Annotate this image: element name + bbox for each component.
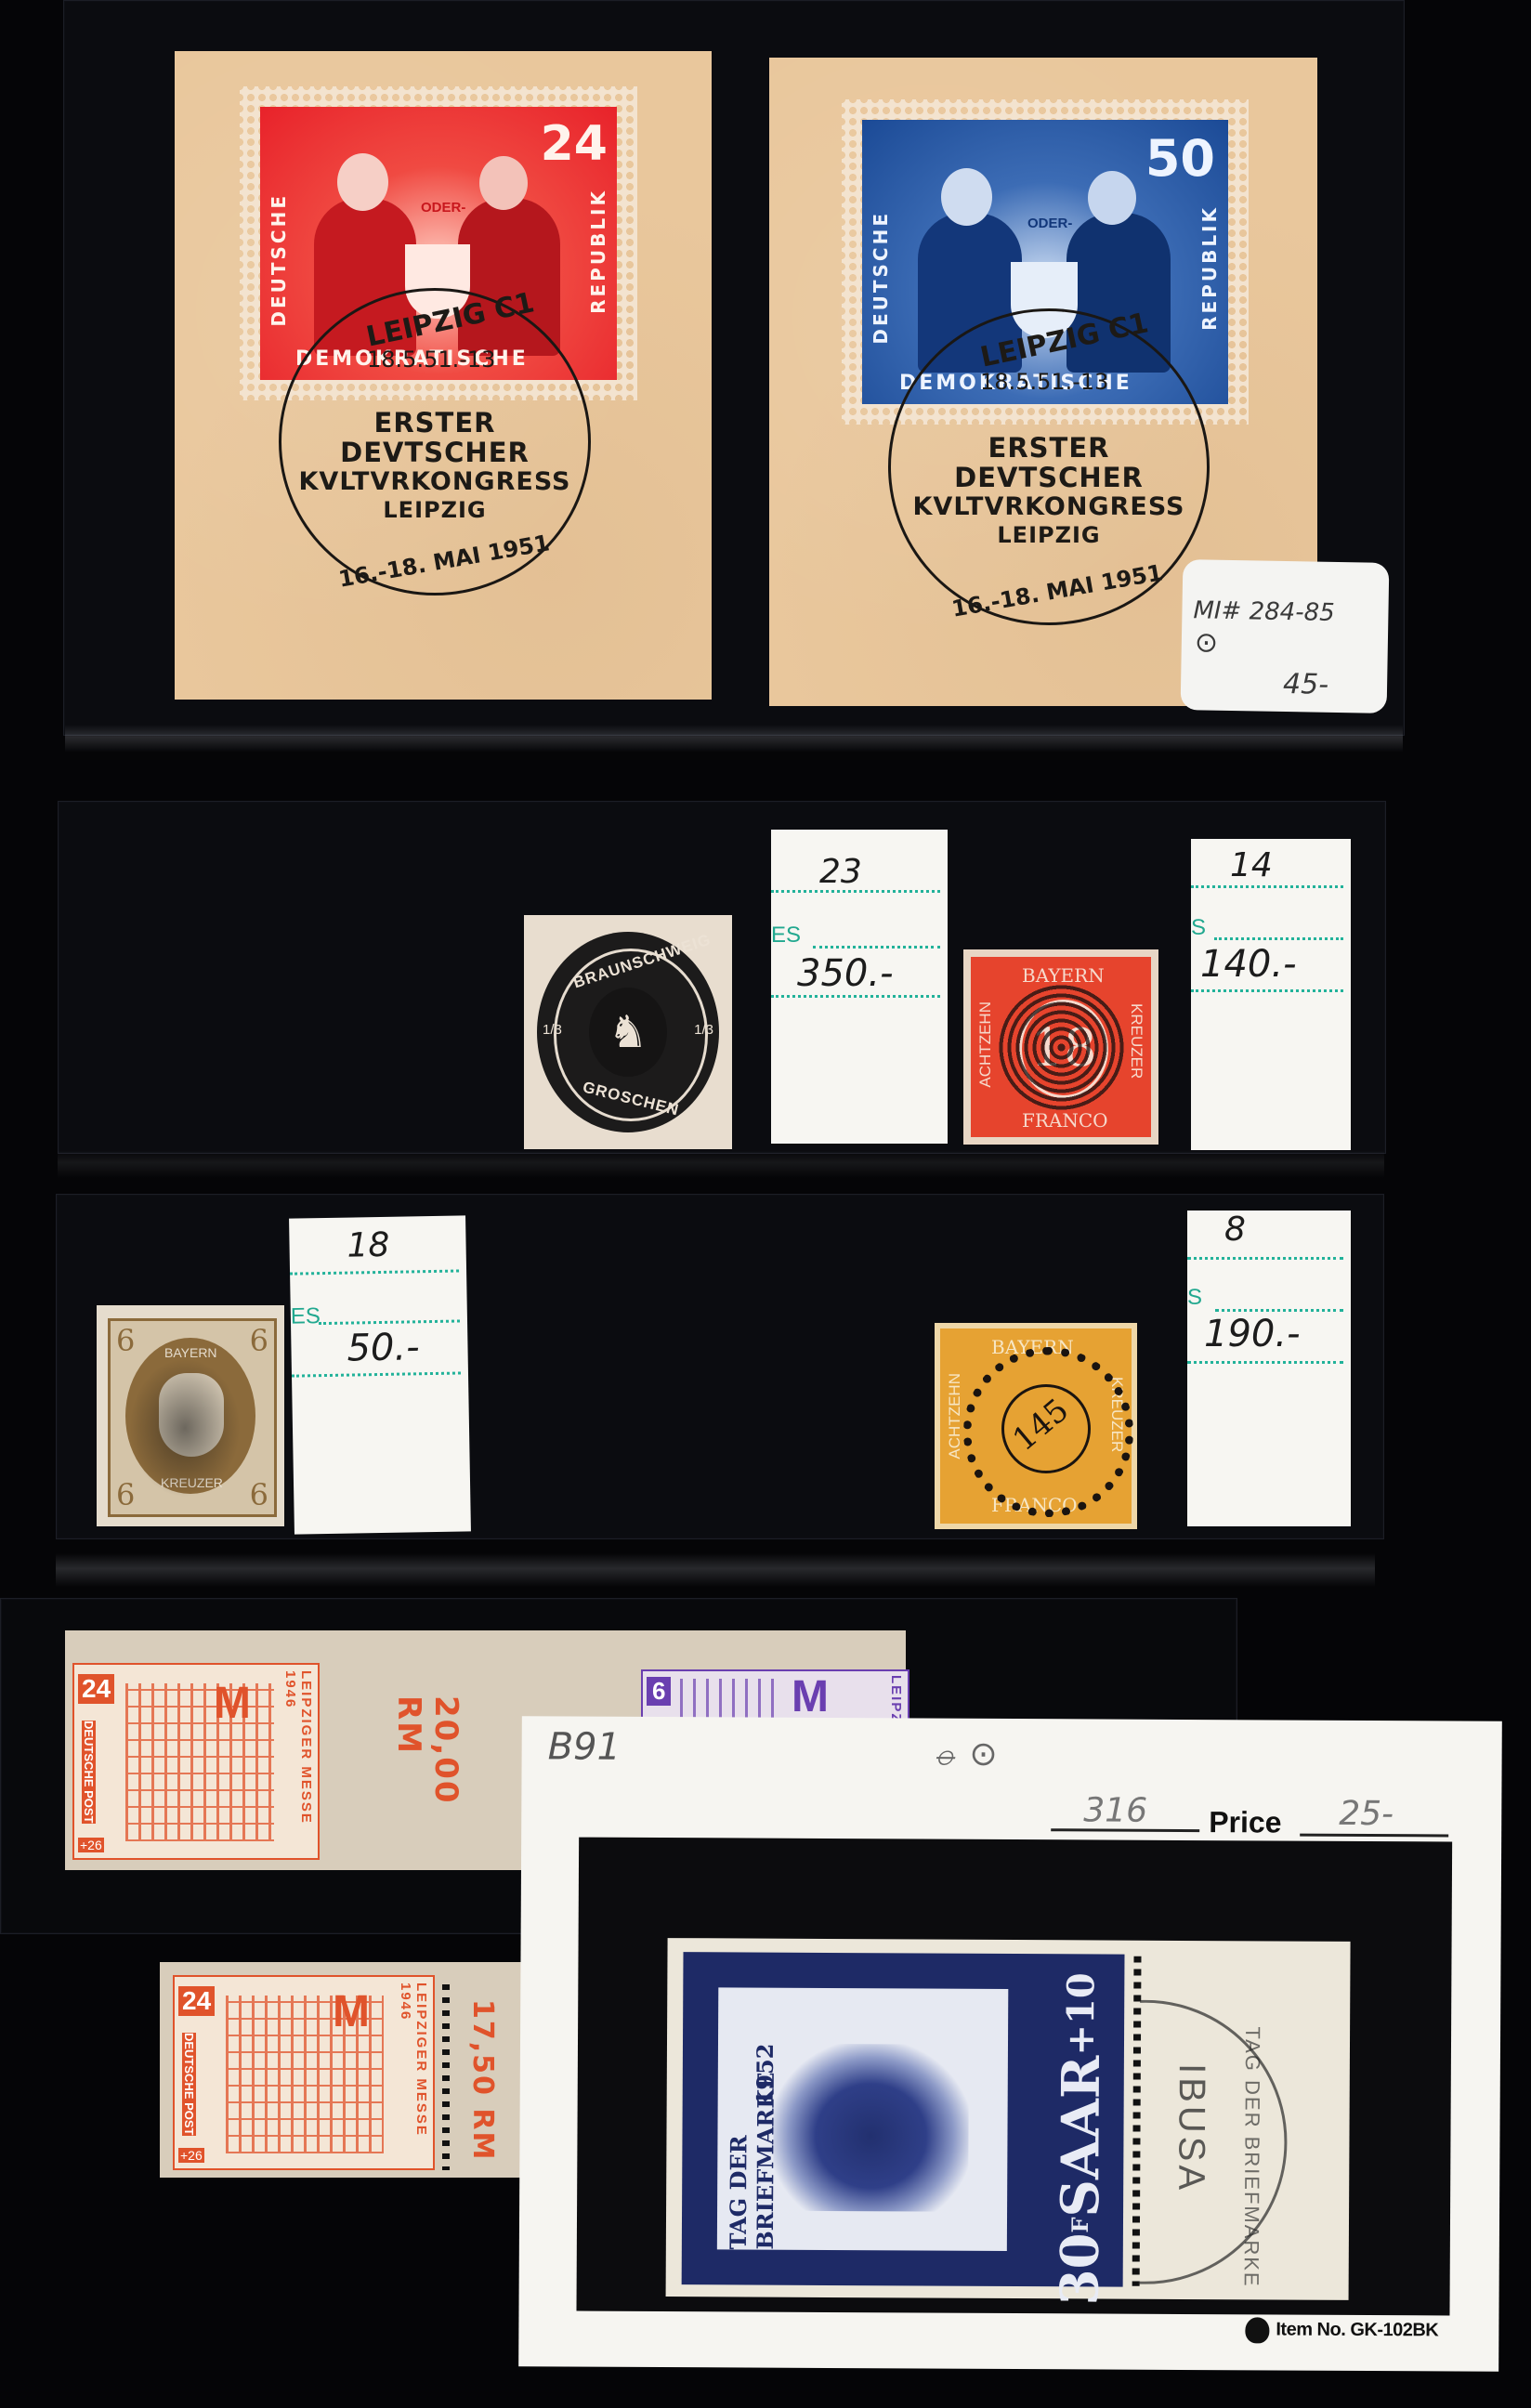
postmark-line-1: ERSTER: [913, 433, 1185, 463]
postmark-right: LEIPZIG C1 18.5.51.-13 ERSTER DEVTSCHER …: [888, 308, 1210, 625]
handwritten-code: B91: [548, 1725, 622, 1768]
envelope-piece-left[interactable]: ODER- 24 DEUTSCHE REPUBLIK DEMOKRATISCHE…: [175, 51, 712, 700]
price-note-card[interactable]: MI# 284-85 ⊙ 45-: [1181, 559, 1390, 713]
perforation-dots: [442, 1984, 450, 2170]
stamp-year: 1952: [752, 2044, 779, 2106]
stamp-leipzig-24[interactable]: 24 DEUTSCHE POST +26 M LEIPZIGER MESSE 1…: [173, 1975, 435, 2170]
catalog-number: 18: [347, 1226, 390, 1265]
stamp-text-right: REPUBLIK: [587, 189, 609, 314]
stamp-bayern-18kr-red[interactable]: BAYERN FRANCO ACHTZEHN KREUZER 18: [963, 949, 1158, 1145]
corner-value-tr: 6: [250, 1323, 268, 1358]
stamp-bottom-text: FRANCO: [1022, 1109, 1108, 1132]
stamp-text-right: REPUBLIK: [1198, 205, 1221, 331]
item-number: Item No. GK-102BK: [1276, 2320, 1438, 2342]
horse-rider-icon: [773, 2044, 969, 2212]
price-value: 25-: [1339, 1795, 1394, 1833]
stamp-text-left: DEUTSCHE: [870, 211, 892, 345]
stamp-braunschweig[interactable]: ♞ BRAUNSCHWEIG GROSCHEN 1/3 1/3: [524, 915, 732, 1149]
catalog-number: 23: [819, 853, 862, 891]
figure-right-head-icon: [1088, 171, 1136, 225]
stamp-top-text: BAYERN: [1022, 964, 1105, 987]
margin-value-text: 20,00 RM: [390, 1695, 465, 1870]
postmark-text: IBUSA: [1170, 2063, 1212, 2193]
strip-glare: [56, 1553, 1375, 1587]
price-value: 350.-: [797, 952, 894, 995]
stamp-value: 24: [178, 1986, 215, 2016]
map-label-oder: ODER-: [1027, 216, 1072, 231]
surcharge: +26: [78, 1838, 104, 1852]
catalog-number: 316: [1083, 1791, 1147, 1829]
stamp-bayern-18kr-orange[interactable]: BAYERN FRANCO ACHTZEHN KREUZER 145: [935, 1323, 1137, 1529]
postmark-line-4: LEIPZIG: [299, 497, 571, 523]
postmark-line-3: KVLTVRKONGRESS: [913, 492, 1185, 522]
messe-logo-icon: M: [792, 1671, 829, 1722]
stamp-country: SAAR: [1050, 2055, 1112, 2217]
price-value: 190.-: [1204, 1313, 1301, 1355]
postmark-bottom-arc: 16.-18. MAI 1951: [949, 559, 1164, 622]
stamp-title: LEIPZIGER MESSE 1946: [282, 1670, 314, 1858]
stamp-currency: F: [1066, 2217, 1093, 2232]
postmark-left: LEIPZIG C1 18.5.51.-13 ERSTER DEVTSCHER …: [279, 288, 591, 595]
horse-crown-icon: ♞: [589, 988, 667, 1077]
stamp-inner-picture: TAG DER BRIEFMARKE 1952: [717, 1987, 1008, 2251]
price-label-23[interactable]: ES 23 350.-: [771, 830, 948, 1144]
sales-card[interactable]: B91 ⦵ ⊙ 316 Price 25- TAG DER BRIEFMARKE…: [518, 1716, 1502, 2372]
used-condition-icon: ⊙: [1195, 626, 1219, 659]
messe-logo-icon: M: [333, 1986, 370, 2037]
stamp-value-left: 1/3: [543, 1022, 562, 1038]
margin-value-text: 17,50 RM: [466, 1999, 499, 2161]
catalog-number: 14: [1230, 846, 1273, 884]
leipzig-messe-strip-bottom[interactable]: 24 DEUTSCHE POST +26 M LEIPZIGER MESSE 1…: [160, 1962, 522, 2178]
postmark-date: 18.5.51.-13: [980, 369, 1108, 395]
postmark-top-arc: LEIPZIG C1: [364, 290, 536, 351]
surcharge: +26: [178, 2148, 204, 2163]
stamp-left-text: ACHTZEHN: [946, 1373, 964, 1459]
condition-symbols: ⦵ ⊙: [931, 1735, 998, 1774]
stamp-right-text: KREUZER: [1127, 1003, 1145, 1079]
printed-label-fragment: S: [1187, 1285, 1202, 1311]
printed-label-fragment: S: [1191, 915, 1206, 941]
strip-glare: [65, 725, 1403, 752]
apple-logo-icon: [1245, 2317, 1269, 2343]
stamp-value: 30: [1050, 2232, 1111, 2305]
postmark-line-1: ERSTER: [299, 408, 571, 438]
building-tower-icon: [125, 1683, 274, 1841]
note-price: 45-: [1283, 668, 1329, 701]
catalog-number: 8: [1224, 1211, 1246, 1249]
stamp-saar-tag-der-briefmarke[interactable]: TAG DER BRIEFMARKE 1952 30FSAAR+10: [682, 1952, 1125, 2286]
stamp-denomination: 50: [1145, 129, 1215, 188]
price-label-8[interactable]: S 8 190.-: [1187, 1211, 1351, 1526]
stamp-design: BAYERN FRANCO ACHTZEHN KREUZER 18: [971, 957, 1151, 1137]
printed-label-fragment: ES: [771, 923, 801, 949]
price-label-14[interactable]: S 14 140.-: [1191, 839, 1351, 1150]
corner-value-br: 6: [250, 1477, 268, 1512]
stamp-title: LEIPZIGER MESSE 1946: [398, 1983, 429, 2168]
postmark-bottom-arc: 16.-18. MAI 1951: [336, 530, 551, 592]
printed-label-fragment: ES: [291, 1303, 321, 1330]
figure-left-head-icon: [337, 153, 388, 211]
stamp-left-text: ACHTZEHN: [976, 1001, 995, 1088]
price-label: Price: [1209, 1805, 1281, 1839]
catalog-number: MI# 284-85: [1193, 596, 1335, 627]
strip-glare: [58, 1150, 1384, 1178]
postmark-line-3: KVLTVRKONGRESS: [299, 467, 571, 497]
stamp-design: 6 6 6 6 BAYERN KREUZER: [108, 1318, 277, 1517]
price-value: 50.-: [347, 1326, 420, 1369]
stamp-denomination: 24: [541, 116, 608, 172]
stamp-leipzig-24[interactable]: 24 DEUTSCHE POST +26 M LEIPZIGER MESSE 1…: [72, 1663, 320, 1860]
stamp-bayern-6kr-brown[interactable]: 6 6 6 6 BAYERN KREUZER: [97, 1305, 284, 1526]
stamp-side-text: DEUTSCHE POST: [82, 1721, 96, 1824]
stamp-text-left: DEUTSCHE: [268, 193, 290, 327]
map-label-oder: ODER-: [421, 200, 465, 216]
grid-cancel-icon: [999, 985, 1124, 1110]
postmark-line-2: DEVTSCHER: [913, 463, 1185, 492]
postmark-arc-text: TAG DER BRIEFMARKE: [1239, 2026, 1264, 2287]
corner-value-tl: 6: [116, 1323, 135, 1358]
stamp-surcharge: +10: [1059, 1972, 1103, 2055]
price-label-18[interactable]: ES 18 50.-: [289, 1215, 471, 1534]
messe-logo-icon: M: [214, 1678, 251, 1729]
stamp-side-text: DEUTSCHE POST: [182, 2033, 196, 2136]
cancel-smudge: [129, 1358, 241, 1498]
stamp-value: 6: [647, 1677, 671, 1706]
postmark-date: 18.5.51.-13: [367, 347, 495, 373]
postmark-top-arc: LEIPZIG C1: [978, 310, 1150, 372]
postmark-line-4: LEIPZIG: [913, 522, 1185, 548]
price-value: 140.-: [1200, 943, 1297, 986]
price-field: [1300, 1834, 1448, 1838]
stamp-design: BAYERN FRANCO ACHTZEHN KREUZER 145: [940, 1328, 1132, 1524]
stamp-value: 24: [78, 1674, 114, 1704]
stamp-value-right: 1/3: [694, 1022, 713, 1038]
stamp-value-line: 30FSAAR+10: [1053, 1972, 1110, 2305]
postmark-line-2: DEVTSCHER: [299, 438, 571, 467]
figure-right-head-icon: [479, 156, 528, 210]
figure-left-head-icon: [941, 168, 992, 226]
